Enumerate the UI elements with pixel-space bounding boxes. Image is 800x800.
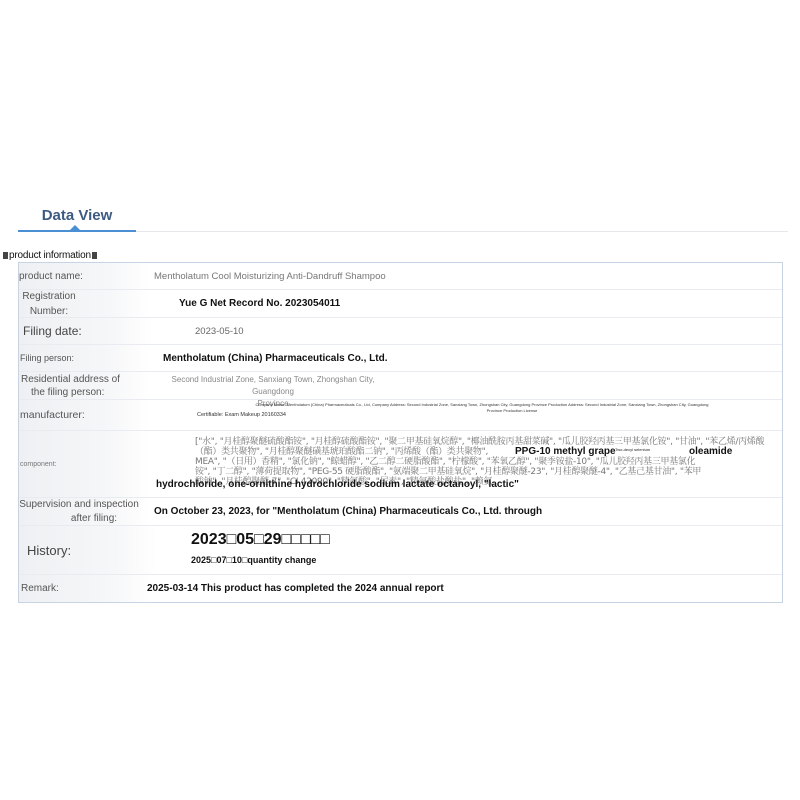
label-text: Supervision and inspection [19, 498, 139, 512]
value-history: 2023□05□29□□□□□ 2025□07□10□quantity chan… [191, 526, 330, 574]
row-registration-number: RegistrationNumber: Yue G Net Record No.… [19, 290, 782, 318]
active-tab-indicator [18, 230, 136, 232]
history-entry: 2025□07□10□quantity change [191, 553, 330, 567]
history-entry: 2023□05□29□□□□□ [191, 531, 330, 549]
label-residential-address: Residential address ofthe filing person: [19, 372, 151, 399]
marker-icon [92, 252, 97, 259]
tab-bar: Data View [18, 200, 788, 234]
label-text: Remark: [21, 583, 59, 594]
label-filing-date: Filing date: [19, 318, 153, 344]
manufacturer-info: Company Name: Mentholatum (China) Pharma… [197, 402, 767, 408]
value-remark: 2025-03-14 This product has completed th… [147, 575, 444, 602]
section-title-text: product information [9, 250, 91, 261]
value-product-name: Mentholatum Cool Moisturizing Anti-Dandr… [154, 263, 386, 289]
component-overlay: hydrochloride, one-ornithine hydrochlori… [156, 479, 519, 490]
label-history: History: [19, 526, 157, 574]
label-text: after filing: [19, 512, 139, 526]
component-overlay: PPG-10 methyl grape [515, 446, 616, 457]
label-component: component: [19, 431, 150, 497]
component-line: 铵", "丁二醇", "薄荷提取物", "PEG-55 硬脂酸酯", "氨端聚二… [195, 467, 765, 477]
label-manufacturer: manufacturer: [19, 400, 150, 430]
label-supervision: Supervision and inspectionafter filing: [19, 498, 149, 525]
label-text: manufacturer: [20, 409, 85, 421]
component-overlay: Two-decyl selenium [615, 447, 650, 452]
row-filing-date: Filing date: 2023-05-10 [19, 318, 782, 345]
row-component: component: ["水", "月桂醇聚醚硫酸酯铵", "月桂醇硫酸酯铵",… [19, 431, 782, 498]
label-text: product name: [19, 271, 83, 282]
label-text: History: [27, 543, 71, 558]
row-manufacturer: manufacturer: Company Name: Mentholatum … [19, 400, 782, 431]
label-text: Registration [22, 289, 75, 304]
caret-up-icon [70, 225, 80, 230]
row-history: History: 2023□05□29□□□□□ 2025□07□10□quan… [19, 526, 782, 575]
row-product-name: product name: Mentholatum Cool Moisturiz… [19, 263, 782, 290]
label-registration-number: RegistrationNumber: [19, 290, 149, 317]
row-filing-person: Filing person: Mentholatum (China) Pharm… [19, 345, 782, 372]
manufacturer-certificate: Certifiable: Exam Makeup 20160334 [197, 412, 286, 418]
label-text: Number: [22, 304, 75, 319]
row-residential-address: Residential address ofthe filing person:… [19, 372, 782, 400]
label-text: the filing person: [21, 386, 120, 399]
component-overlay: oleamide [689, 446, 732, 457]
tab-divider [136, 231, 788, 232]
component-line: （酯）类共聚物", "月桂醇聚醚磺基琥珀酸酯二钠", "丙烯酸（酯）类共聚物", [195, 447, 765, 457]
row-remark: Remark: 2025-03-14 This product has comp… [19, 575, 782, 602]
label-text: Residential address of [21, 373, 120, 386]
label-text: component: [20, 461, 57, 468]
component-line: ["水", "月桂醇聚醚硫酸酯铵", "月桂醇硫酸酯铵", "聚二甲基硅氧烷醇"… [195, 437, 765, 447]
component-line: MEA", "（日用）香精", "氯化钠", "鲸蜡醇", "乙二醇二硬脂酸酯"… [195, 457, 765, 467]
label-remark: Remark: [19, 575, 151, 602]
value-residential-address: Second Industrial Zone, Sanxiang Town, Z… [153, 372, 393, 399]
address-line: Second Industrial Zone, Sanxiang Town, Z… [153, 374, 393, 398]
product-info-table: product name: Mentholatum Cool Moisturiz… [18, 262, 783, 603]
label-product-name: product name: [19, 263, 149, 289]
value-registration-number: Yue G Net Record No. 2023054011 [179, 290, 340, 317]
marker-icon [3, 252, 8, 259]
row-supervision: Supervision and inspectionafter filing: … [19, 498, 782, 526]
value-filing-date: 2023-05-10 [195, 318, 244, 344]
value-filing-person: Mentholatum (China) Pharmaceuticals Co.,… [163, 345, 387, 371]
value-supervision: On October 23, 2023, for "Mentholatum (C… [154, 498, 542, 525]
label-text: Filing date: [23, 324, 82, 338]
label-filing-person: Filing person: [19, 345, 150, 371]
value-manufacturer: Company Name: Mentholatum (China) Pharma… [197, 400, 767, 430]
label-text: Filing person: [20, 353, 74, 363]
section-title: product information [2, 250, 98, 261]
